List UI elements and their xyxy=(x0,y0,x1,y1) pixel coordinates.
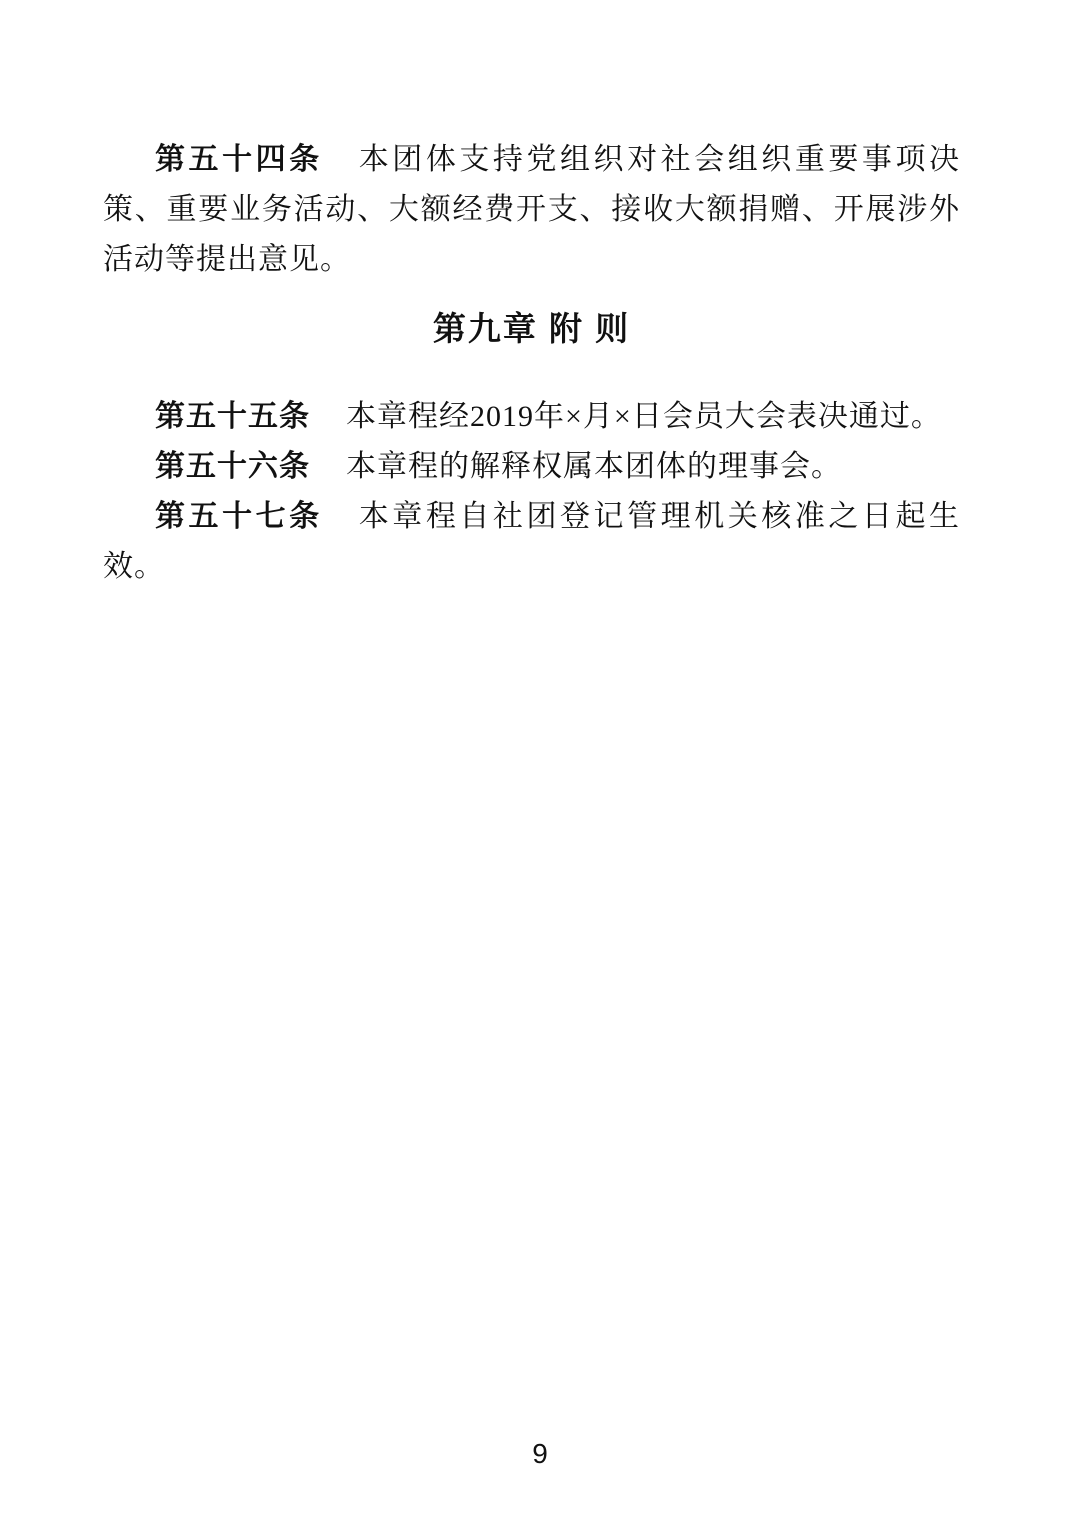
article-54-paragraph: 第五十四条本团体支持党组织对社会组织重要事项决策、重要业务活动、大额经费开支、接… xyxy=(103,135,960,285)
article-57-paragraph: 第五十七条本章程自社团登记管理机关核准之日起生效。 xyxy=(103,492,960,592)
closing-articles: 第五十五条本章程经2019年×月×日会员大会表决通过。 第五十六条本章程的解释权… xyxy=(103,392,960,592)
article-55-text: 本章程经2019年×月×日会员大会表决通过。 xyxy=(346,400,942,433)
article-56-number: 第五十六条 xyxy=(155,450,310,483)
article-57-number: 第五十七条 xyxy=(155,500,323,533)
article-54-number: 第五十四条 xyxy=(155,143,323,176)
article-55-number: 第五十五条 xyxy=(155,400,310,433)
article-56-paragraph: 第五十六条本章程的解释权属本团体的理事会。 xyxy=(103,442,960,492)
article-55-paragraph: 第五十五条本章程经2019年×月×日会员大会表决通过。 xyxy=(103,392,960,442)
chapter-heading: 第九章 附 则 xyxy=(103,306,960,352)
document-page: 第五十四条本团体支持党组织对社会组织重要事项决策、重要业务活动、大额经费开支、接… xyxy=(103,0,960,592)
article-56-text: 本章程的解释权属本团体的理事会。 xyxy=(346,450,842,483)
page-number: 9 xyxy=(0,1438,1080,1470)
